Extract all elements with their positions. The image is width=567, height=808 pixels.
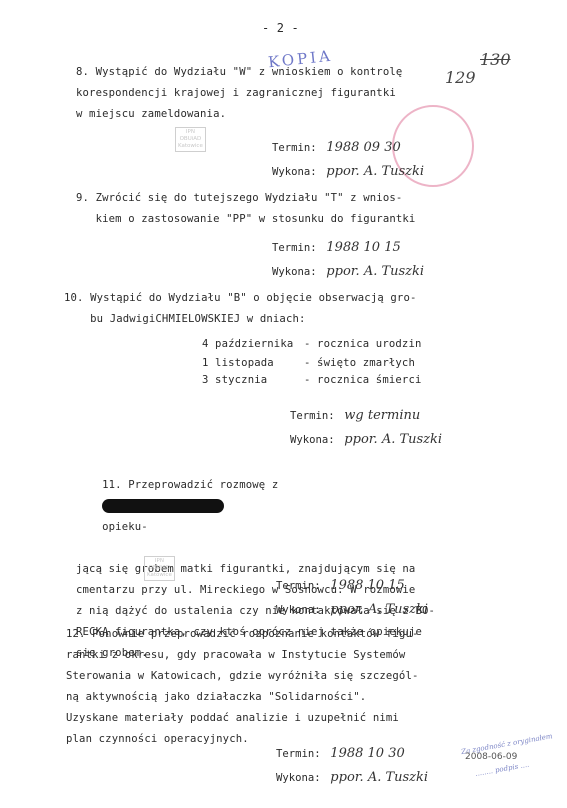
item-12-termin: Termin: 1988 10 30 — [276, 742, 405, 761]
ipn-stamp: IPNOBUiADKatowice — [175, 127, 206, 152]
item-8-wykona: Wykona: ppor. A. Tuszki — [272, 160, 424, 179]
item-8: 8. Wystąpić do Wydziału "W" z wnioskiem … — [76, 62, 402, 125]
item-12-line: 12. Ponownie przeprowadzić rozpoznanie k… — [66, 624, 419, 645]
date-row: 1 listopada- święto zmarłych — [202, 355, 422, 372]
handwritten-date: wg terminu — [344, 408, 420, 423]
item-10-dates: 4 października- rocznica urodzin 1 listo… — [202, 334, 422, 389]
redacted-name — [102, 499, 224, 513]
item-10-termin: Termin: wg terminu — [290, 404, 420, 423]
item-10: 10. Wystąpić do Wydziału "B" o objęcie o… — [64, 288, 417, 330]
handwritten-date: 1988 10 15 — [326, 240, 400, 255]
handwritten-date: 1988 10 15 — [330, 578, 404, 593]
item-9: 9. Zwrócić się do tutejszego Wydziału "T… — [76, 188, 415, 230]
handwritten-signature: ppor. A. Tuszki — [330, 770, 428, 785]
ipn-stamp: IPNOBUiADKatowice — [144, 556, 175, 581]
item-10-wykona: Wykona: ppor. A. Tuszki — [290, 428, 442, 447]
item-10-line: bu JadwigiCHMIELOWSKIEJ w dniach: — [64, 309, 417, 330]
item-11-wykona: Wykona: ppor. A. Tuszki — [276, 598, 428, 617]
handwritten-date: 1988 09 30 — [326, 140, 400, 155]
item-11-line: 11. Przeprowadzić rozmowę z opieku- — [76, 454, 435, 559]
item-8-line: korespondencji krajowej i zagranicznej f… — [76, 83, 402, 104]
item-11-termin: Termin: 1988 10 15 — [276, 574, 405, 593]
item-12-line: rantki z okresu, gdy pracowała w Instytu… — [66, 645, 419, 666]
item-12-line: Uzyskane materiały poddać analizie i uzu… — [66, 708, 419, 729]
certification-date: 2008-06-09 — [465, 752, 517, 762]
page-marker: - 2 - — [262, 18, 299, 39]
item-12-line: Sterowania w Katowicach, gdzie wyróżniła… — [66, 666, 419, 687]
page-number-struck: 130 — [480, 50, 511, 69]
item-9-termin: Termin: 1988 10 15 — [272, 236, 401, 255]
page-number: 129 — [445, 68, 476, 87]
item-12: 12. Ponownie przeprowadzić rozpoznanie k… — [66, 624, 419, 750]
handwritten-signature: ppor. A. Tuszki — [330, 602, 428, 617]
item-8-line: w miejscu zameldowania. — [76, 104, 402, 125]
date-row: 4 października- rocznica urodzin — [202, 334, 422, 355]
item-12-wykona: Wykona: ppor. A. Tuszki — [276, 766, 428, 785]
item-9-line: 9. Zwrócić się do tutejszego Wydziału "T… — [76, 188, 415, 209]
handwritten-signature: ppor. A. Tuszki — [326, 164, 424, 179]
item-8-line: 8. Wystąpić do Wydziału "W" z wnioskiem … — [76, 62, 402, 83]
item-12-line: ną aktywnością jako działaczka "Solidarn… — [66, 687, 419, 708]
item-8-termin: Termin: 1988 09 30 — [272, 136, 401, 155]
date-row: 3 stycznia- rocznica śmierci — [202, 372, 422, 389]
handwritten-signature: ppor. A. Tuszki — [344, 432, 442, 447]
item-9-wykona: Wykona: ppor. A. Tuszki — [272, 260, 424, 279]
handwritten-date: 1988 10 30 — [330, 746, 404, 761]
handwritten-signature: ppor. A. Tuszki — [326, 264, 424, 279]
item-9-line: kiem o zastosowanie "PP" w stosunku do f… — [76, 209, 415, 230]
item-10-line: 10. Wystąpić do Wydziału "B" o objęcie o… — [64, 288, 417, 309]
